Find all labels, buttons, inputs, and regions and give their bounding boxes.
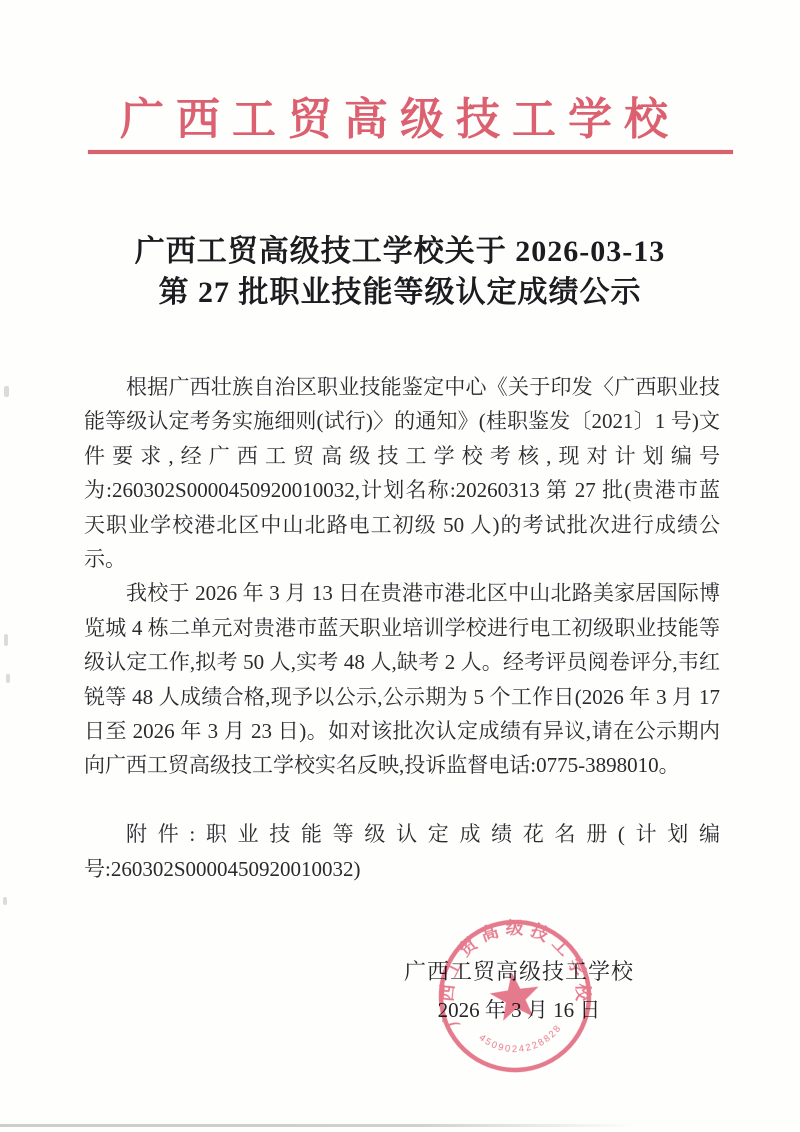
official-seal: 广西工贸高级技工学校 4509024228828 (422, 903, 607, 1088)
scan-bottom-edge-artifact (0, 1124, 640, 1127)
seal-graphic: 广西工贸高级技工学校 4509024228828 (422, 903, 607, 1088)
scan-speck (3, 897, 7, 905)
letterhead-school-name: 广西工贸高级技工学校 (0, 95, 800, 145)
star-icon (487, 969, 542, 1022)
document-page: 广西工贸高级技工学校 广西工贸高级技工学校关于 2026-03-13 第 27 … (0, 0, 800, 1132)
scan-speck (4, 386, 9, 397)
document-body: 根据广西壮族自治区职业技能鉴定中心《关于印发〈广西职业技能等级认定考务实施细则(… (84, 370, 720, 886)
seal-serial-number: 4509024228828 (476, 1021, 567, 1061)
scan-speck (4, 634, 8, 646)
document-title-line2: 第 27 批职业技能等级认定成绩公示 (0, 272, 800, 313)
letterhead-rule (88, 150, 733, 154)
document-title: 广西工贸高级技工学校关于 2026-03-13 第 27 批职业技能等级认定成绩… (0, 231, 800, 313)
body-paragraph-2: 我校于 2026 年 3 月 13 日在贵港市港北区中山北路美家居国际博览城 4… (84, 576, 720, 782)
document-title-line1: 广西工贸高级技工学校关于 2026-03-13 (0, 231, 800, 272)
scan-speck (6, 674, 10, 683)
svg-text:4509024228828: 4509024228828 (476, 1021, 567, 1061)
attachment-note: 附件:职业技能等级认定成绩花名册(计划编号:260302S00004509200… (84, 817, 720, 886)
body-paragraph-1: 根据广西壮族自治区职业技能鉴定中心《关于印发〈广西职业技能等级认定考务实施细则(… (84, 370, 720, 576)
